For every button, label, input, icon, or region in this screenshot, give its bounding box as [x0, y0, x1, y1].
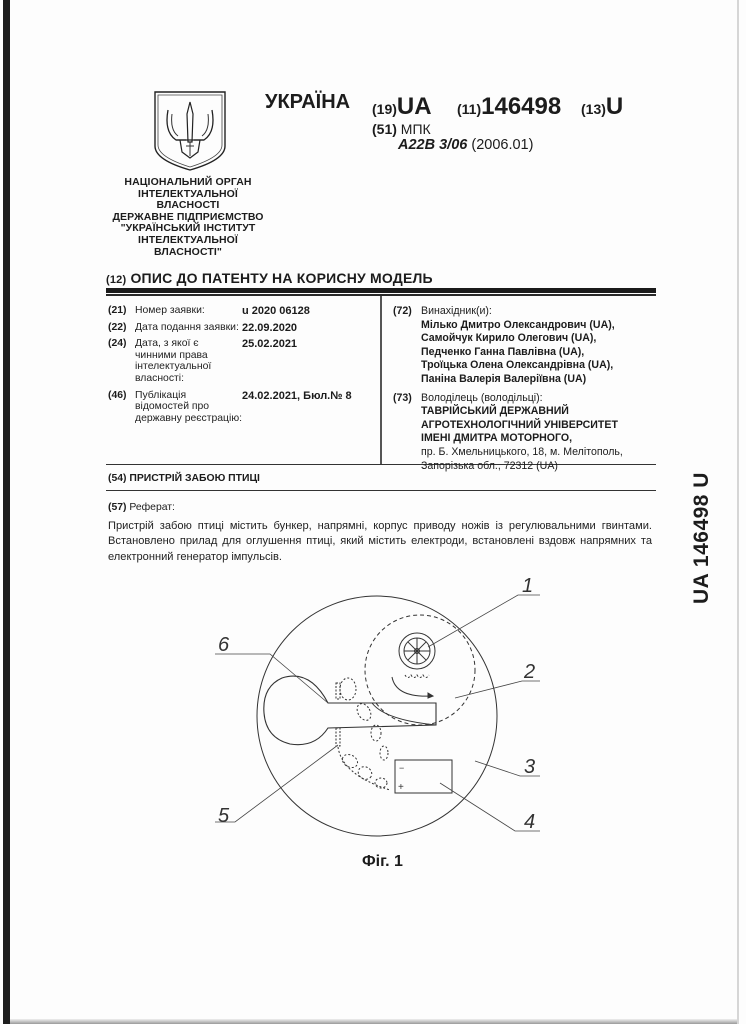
scan-edge-right: [737, 0, 739, 1024]
inventors-owner: (72) Винахідник(и): Мілько Дмитро Олекса…: [393, 305, 663, 473]
owner-label: Володілець (володільці):: [421, 392, 663, 406]
abstract-label: Реферат:: [129, 502, 175, 513]
patent-number: 146498: [481, 93, 561, 120]
kind-code: U: [606, 93, 623, 120]
inventors-block: (72) Винахідник(и): Мілько Дмитро Олекса…: [393, 305, 663, 387]
gear-teeth-dashed: [405, 675, 429, 678]
callout-2: 2: [523, 661, 535, 683]
scan-edge-left: [3, 0, 10, 1024]
hopper-guides: [264, 676, 436, 745]
owner-address-line: Запорізька обл., 72312 (UA): [421, 460, 663, 474]
scan-edge-bottom: [10, 1019, 737, 1024]
housing-circle: [257, 596, 497, 836]
country-code-label: (19): [372, 101, 397, 117]
ipc-class: A22B 3/06: [398, 137, 467, 153]
abstract-heading: (57) Реферат:: [108, 502, 175, 513]
document-title: (12) ОПИС ДО ПАТЕНТУ НА КОРИСНУ МОДЕЛЬ: [106, 270, 433, 286]
bib-code: (24): [108, 338, 126, 349]
bib-row-effective-date: (24) Дата, з якої є чинними права інтеле…: [108, 338, 378, 384]
drive-path-dashed: [365, 615, 475, 725]
tryzub-coat-of-arms-icon: [152, 90, 228, 172]
callout-4: 4: [524, 811, 535, 833]
country-code: UA: [397, 93, 432, 120]
ipc-version: (2006.01): [471, 137, 533, 153]
patent-office-name: НАЦІОНАЛЬНИЙ ОРГАН ІНТЕЛЕКТУАЛЬНОЇ ВЛАСН…: [108, 177, 268, 258]
office-line: ІНТЕЛЕКТУАЛЬНОЇ: [108, 235, 268, 247]
kind-code-label: (13): [581, 101, 606, 117]
arrow-head-icon: [428, 693, 433, 698]
abstract-text: Пристрій забою птиці містить бункер, нап…: [108, 519, 652, 565]
owner-name-line: ІМЕНІ ДМИТРА МОТОРНОГО,: [421, 432, 663, 446]
knife-drive-wheel: [399, 633, 435, 669]
bib-value: 25.02.2021: [242, 338, 297, 350]
inventors-label: Винахідник(и):: [421, 305, 663, 319]
bibliographic-data: (21) Номер заявки: u 2020 06128 (22) Дат…: [108, 305, 378, 429]
bib-value: 24.02.2021, Бюл.№ 8: [242, 390, 352, 402]
bib-code: (21): [108, 305, 126, 316]
country-name: УКРАЇНА: [265, 91, 350, 114]
office-line: НАЦІОНАЛЬНИЙ ОРГАН: [108, 177, 268, 189]
bib-row-application-number: (21) Номер заявки: u 2020 06128: [108, 305, 378, 317]
ipc-label: (51) МПК: [372, 121, 431, 137]
inventor-name: Педченко Ганна Павлівна (UA),: [421, 346, 663, 360]
ipc-code: (51): [372, 121, 397, 137]
inventors-code: (72): [393, 305, 412, 319]
abstract-code: (57): [108, 502, 126, 513]
ipc-label-text: МПК: [401, 121, 431, 137]
birds-path-dashed: [338, 678, 390, 790]
patent-number-label: (11): [457, 101, 481, 117]
callout-3: 3: [524, 756, 535, 778]
kind-code-group: (13)U: [581, 93, 623, 121]
rotation-arrow: [392, 677, 432, 696]
invention-title-code: (54): [108, 473, 126, 484]
invention-title-text: ПРИСТРІЙ ЗАБОЮ ПТИЦІ: [129, 473, 260, 484]
patent-drawing: − + 1 2 3 4 5 6: [200, 575, 560, 845]
divider: [106, 490, 656, 491]
bib-value: 22.09.2020: [242, 322, 297, 334]
bib-label: Публікація відомостей про державну реєст…: [135, 390, 242, 425]
document-title-text: ОПИС ДО ПАТЕНТУ НА КОРИСНУ МОДЕЛЬ: [130, 270, 432, 286]
divider: [106, 288, 656, 293]
guide-curve: [372, 703, 436, 725]
electrode-bottom: [336, 728, 340, 746]
bib-label: Дата, з якої є чинними права інтелектуал…: [135, 338, 242, 384]
office-line: ВЛАСНОСТІ": [108, 247, 268, 259]
side-patent-number: UA 146498 U: [682, 458, 722, 618]
bib-label: Номер заявки:: [135, 305, 242, 317]
column-divider: [380, 296, 382, 464]
invention-title: (54) ПРИСТРІЙ ЗАБОЮ ПТИЦІ: [108, 473, 260, 484]
patent-number-group: (11)146498: [457, 93, 561, 121]
figure-caption: Фіг. 1: [362, 853, 403, 871]
owner-block: (73) Володілець (володільці): ТАВРІЙСЬКИ…: [393, 392, 663, 474]
callout-6: 6: [218, 634, 230, 656]
inventor-name: Мілько Дмитро Олександрович (UA),: [421, 319, 663, 333]
bib-code: (22): [108, 322, 126, 333]
owner-name-line: ТАВРІЙСЬКИЙ ДЕРЖАВНИЙ: [421, 405, 663, 419]
country-code-group: (19)UA: [372, 93, 432, 121]
bib-code: (46): [108, 390, 126, 401]
bib-value: u 2020 06128: [242, 305, 310, 317]
inventor-name: Паніна Валерія Валеріївна (UA): [421, 373, 663, 387]
inventor-name: Самойчук Кирило Олегович (UA),: [421, 332, 663, 346]
callout-1: 1: [522, 575, 533, 597]
bib-label: Дата подання заявки:: [135, 322, 255, 334]
electrode-top: [336, 683, 340, 699]
bib-row-filing-date: (22) Дата подання заявки: 22.09.2020: [108, 322, 378, 334]
document-title-code: (12): [106, 274, 126, 286]
callout-5: 5: [218, 805, 230, 827]
owner-code: (73): [393, 392, 412, 406]
owner-name-line: АГРОТЕХНОЛОГІЧНИЙ УНІВЕРСИТЕТ: [421, 419, 663, 433]
polarity-plus: +: [398, 782, 404, 793]
bib-row-publication: (46) Публікація відомостей про державну …: [108, 390, 378, 425]
side-patent-number-text: UA 146498 U: [690, 472, 714, 604]
ipc-classification: A22B 3/06 (2006.01): [398, 137, 533, 153]
owner-address-line: пр. Б. Хмельницького, 18, м. Мелітополь,: [421, 446, 663, 460]
polarity-minus: −: [399, 763, 404, 773]
inventor-name: Троїцька Олена Олександрівна (UA),: [421, 359, 663, 373]
